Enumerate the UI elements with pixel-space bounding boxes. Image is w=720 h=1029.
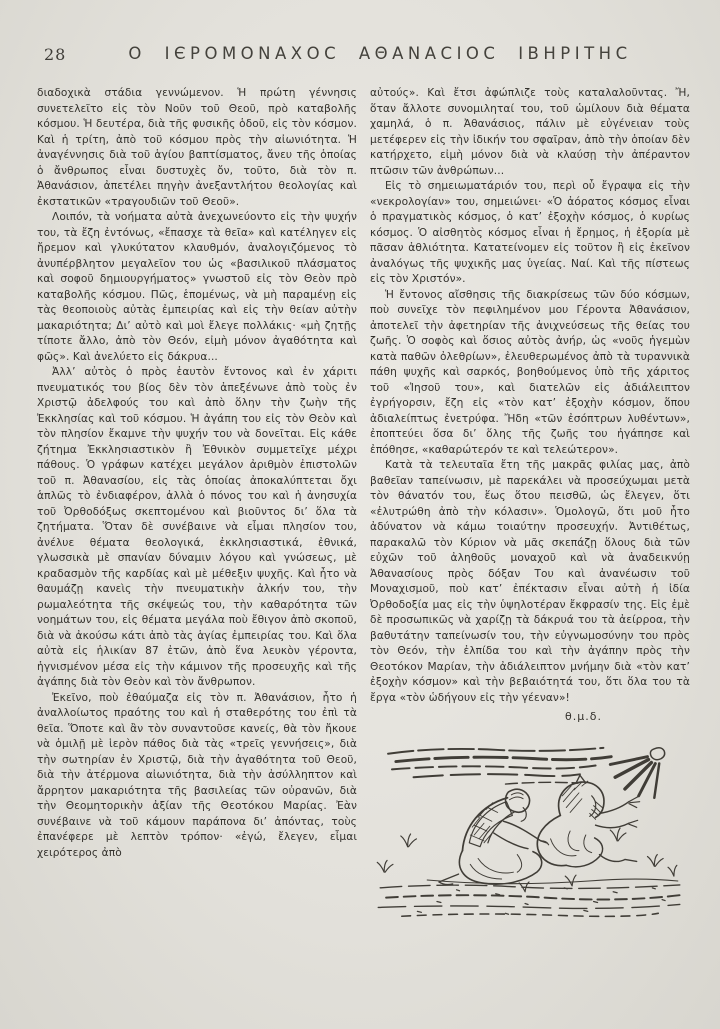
page-header: 28 Ο ΙЄΡΟΜΟΝΑΧΟC ΑΘΑΝΑCΙΟC ΙΒΗΡΙΤΗC <box>44 44 686 68</box>
paragraph: Κατὰ τὰ τελευταῖα ἔτη τῆς μακρᾶς φιλίας … <box>370 458 690 706</box>
paragraph: Λοιπόν, τὰ νοήματα αὐτὰ ἀνεχωνεύοντο εἰς… <box>37 210 357 365</box>
author-initials: θ.μ.δ. <box>370 709 690 725</box>
paragraph: Ἐκεῖνο, ποὺ ἐθαύμαζα εἰς τὸν π. Ἀθανάσιο… <box>37 691 357 862</box>
paragraph: Ἡ ἔντονος αἴσθησις τῆς διακρίσεως τῶν δύ… <box>370 288 690 459</box>
paragraph: διαδοχικὰ στάδια γεννώμενον. Ἡ πρώτη γέν… <box>37 86 357 210</box>
running-title: Ο ΙЄΡΟΜΟΝΑΧΟC ΑΘΑΝΑCΙΟC ΙΒΗΡΙΤΗC <box>114 44 646 63</box>
book-page: 28 Ο ΙЄΡΟΜΟΝΑΧΟC ΑΘΑΝΑCΙΟC ΙΒΗΡΙΤΗC διαδ… <box>0 0 720 1029</box>
left-monk-figure <box>439 789 549 884</box>
paragraph: Εἰς τὸ σημειωματάριόν του, περὶ οὗ ἔγραψ… <box>370 179 690 288</box>
column-left: διαδοχικὰ στάδια γεννώμενον. Ἡ πρώτη γέν… <box>37 86 357 861</box>
paragraph: αὐτούς». Καὶ ἔτσι ἀφώπλιζε τοὺς καταλαλο… <box>370 86 690 179</box>
column-right: αὐτούς». Καὶ ἔτσι ἀφώπλιζε τοὺς καταλαλο… <box>370 86 690 927</box>
ground-grass <box>377 828 683 916</box>
page-number: 28 <box>44 45 66 64</box>
monks-prostrating-illustration <box>364 741 696 927</box>
text-columns: διαδοχικὰ στάδια γεννώμενον. Ἡ πρώτη γέν… <box>37 86 690 927</box>
paragraph: Ἀλλ’ αὐτὸς ὁ πρὸς ἑαυτὸν ἔντονος καὶ ἐν … <box>37 365 357 691</box>
sun-rays-icon <box>610 747 664 797</box>
